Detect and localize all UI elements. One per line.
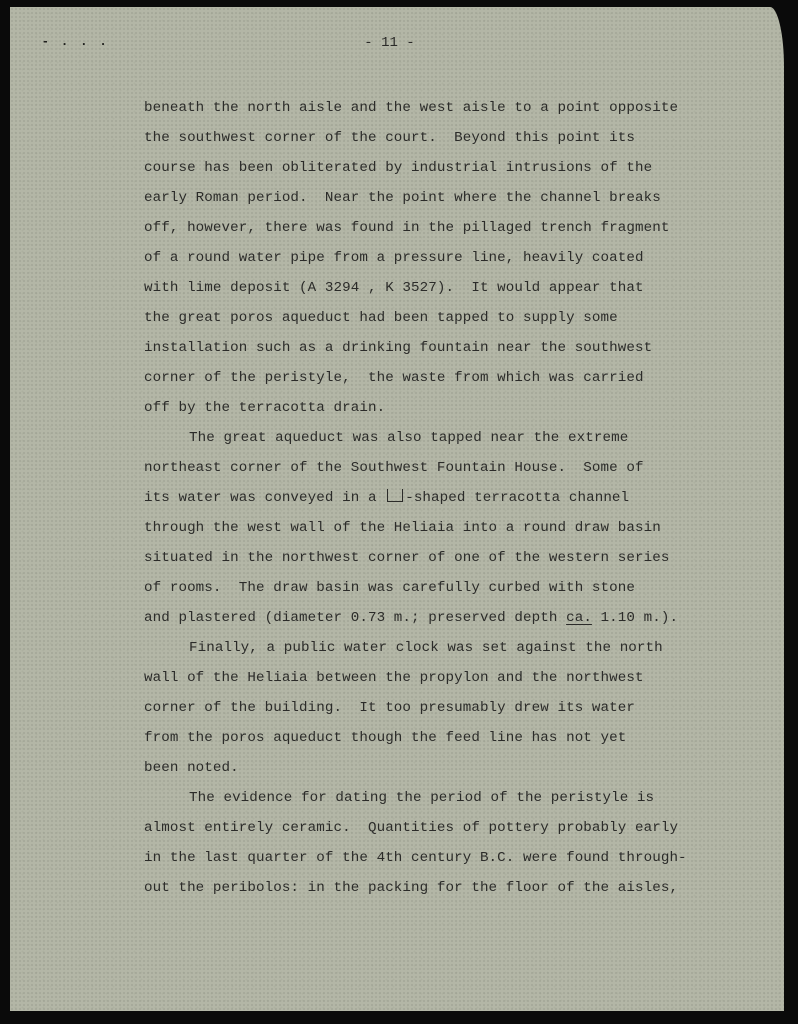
paragraph-start-line: The evidence for dating the period of th… bbox=[144, 783, 764, 813]
paragraph-start-line: The great aqueduct was also tapped near … bbox=[144, 423, 764, 453]
text-segment: its water was conveyed in a bbox=[144, 490, 385, 506]
text-line-with-underline: and plastered (diameter 0.73 m.; preserv… bbox=[144, 603, 764, 633]
text-line: from the poros aqueduct though the feed … bbox=[144, 723, 764, 753]
text-line: wall of the Heliaia between the propylon… bbox=[144, 663, 764, 693]
text-segment: -shaped terracotta channel bbox=[405, 490, 629, 506]
text-line: installation such as a drinking fountain… bbox=[144, 333, 764, 363]
text-line: course has been obliterated by industria… bbox=[144, 153, 764, 183]
text-line: beneath the north aisle and the west ais… bbox=[144, 93, 764, 123]
text-line: been noted. bbox=[144, 753, 764, 783]
u-channel-glyph-icon bbox=[387, 489, 403, 502]
text-line: of rooms. The draw basin was carefully c… bbox=[144, 573, 764, 603]
text-line: situated in the northwest corner of one … bbox=[144, 543, 764, 573]
text-line: the great poros aqueduct had been tapped… bbox=[144, 303, 764, 333]
text-line: out the peribolos: in the packing for th… bbox=[144, 873, 764, 903]
text-line: northeast corner of the Southwest Founta… bbox=[144, 453, 764, 483]
paragraph-start-line: Finally, a public water clock was set ag… bbox=[144, 633, 764, 663]
text-line: early Roman period. Near the point where… bbox=[144, 183, 764, 213]
text-line: through the west wall of the Heliaia int… bbox=[144, 513, 764, 543]
document-page: - . . . - 11 - beneath the north aisle a… bbox=[10, 7, 784, 1011]
text-segment: and plastered (diameter 0.73 m.; preserv… bbox=[144, 610, 566, 626]
text-line-with-glyph: its water was conveyed in a -shaped terr… bbox=[144, 483, 764, 513]
text-line: off, however, there was found in the pil… bbox=[144, 213, 764, 243]
text-line: corner of the building. It too presumabl… bbox=[144, 693, 764, 723]
underlined-abbreviation: ca. bbox=[566, 610, 592, 626]
text-line: almost entirely ceramic. Quantities of p… bbox=[144, 813, 764, 843]
text-line: off by the terracotta drain. bbox=[144, 393, 764, 423]
body-text: beneath the north aisle and the west ais… bbox=[144, 93, 764, 903]
text-line: the southwest corner of the court. Beyon… bbox=[144, 123, 764, 153]
text-line: with lime deposit (A 3294 , K 3527). It … bbox=[144, 273, 764, 303]
text-line: corner of the peristyle, the waste from … bbox=[144, 363, 764, 393]
text-line: in the last quarter of the 4th century B… bbox=[144, 843, 764, 873]
text-segment: 1.10 m.). bbox=[592, 610, 678, 626]
text-line: of a round water pipe from a pressure li… bbox=[144, 243, 764, 273]
page-number: - 11 - bbox=[10, 35, 784, 51]
